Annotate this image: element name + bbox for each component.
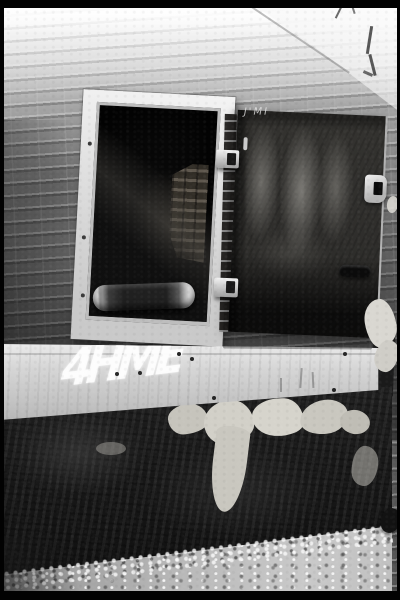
scratch-mark [280,378,282,392]
paint-drip [243,137,248,150]
door-graffiti: J'MI [244,107,269,118]
bolt-dot [115,372,119,376]
frame-bolt [81,293,85,297]
peeling-paint-patch [167,402,209,435]
bolt-dot [212,396,216,400]
peeling-paint-patch [350,445,380,487]
film-border-bottom [0,591,400,600]
door-handle [339,264,371,277]
frame-bolt [88,141,92,145]
hatch-frame [71,89,236,347]
photograph: J'MI 4HME [0,0,400,600]
ledge-seam [0,353,392,355]
peeling-paint-patch [251,397,305,438]
bolt-dot [177,352,181,356]
hinge-bottom [214,278,239,298]
bolt-dot [138,371,142,375]
hinge-pin-slot [226,281,235,293]
scratch-mark [299,368,302,388]
peeling-paint-patch [338,408,372,437]
peeling-paint-patch [96,442,126,455]
bolt-dot [343,352,347,356]
film-border-top [0,0,400,8]
scratch-mark [312,372,315,388]
steel-door: J'MI [228,110,388,338]
corner-shadow [0,536,92,592]
film-border-left [0,0,4,600]
bolt-dot [190,357,194,361]
bolt-dot [332,388,336,392]
latch-hole [373,182,383,195]
hatch-opening [86,102,221,326]
conveyor-roller [92,282,195,312]
frame-bolt [82,235,86,239]
hinge-pin-slot [227,153,236,165]
door-latch [364,174,387,203]
hinge-top [216,150,240,169]
